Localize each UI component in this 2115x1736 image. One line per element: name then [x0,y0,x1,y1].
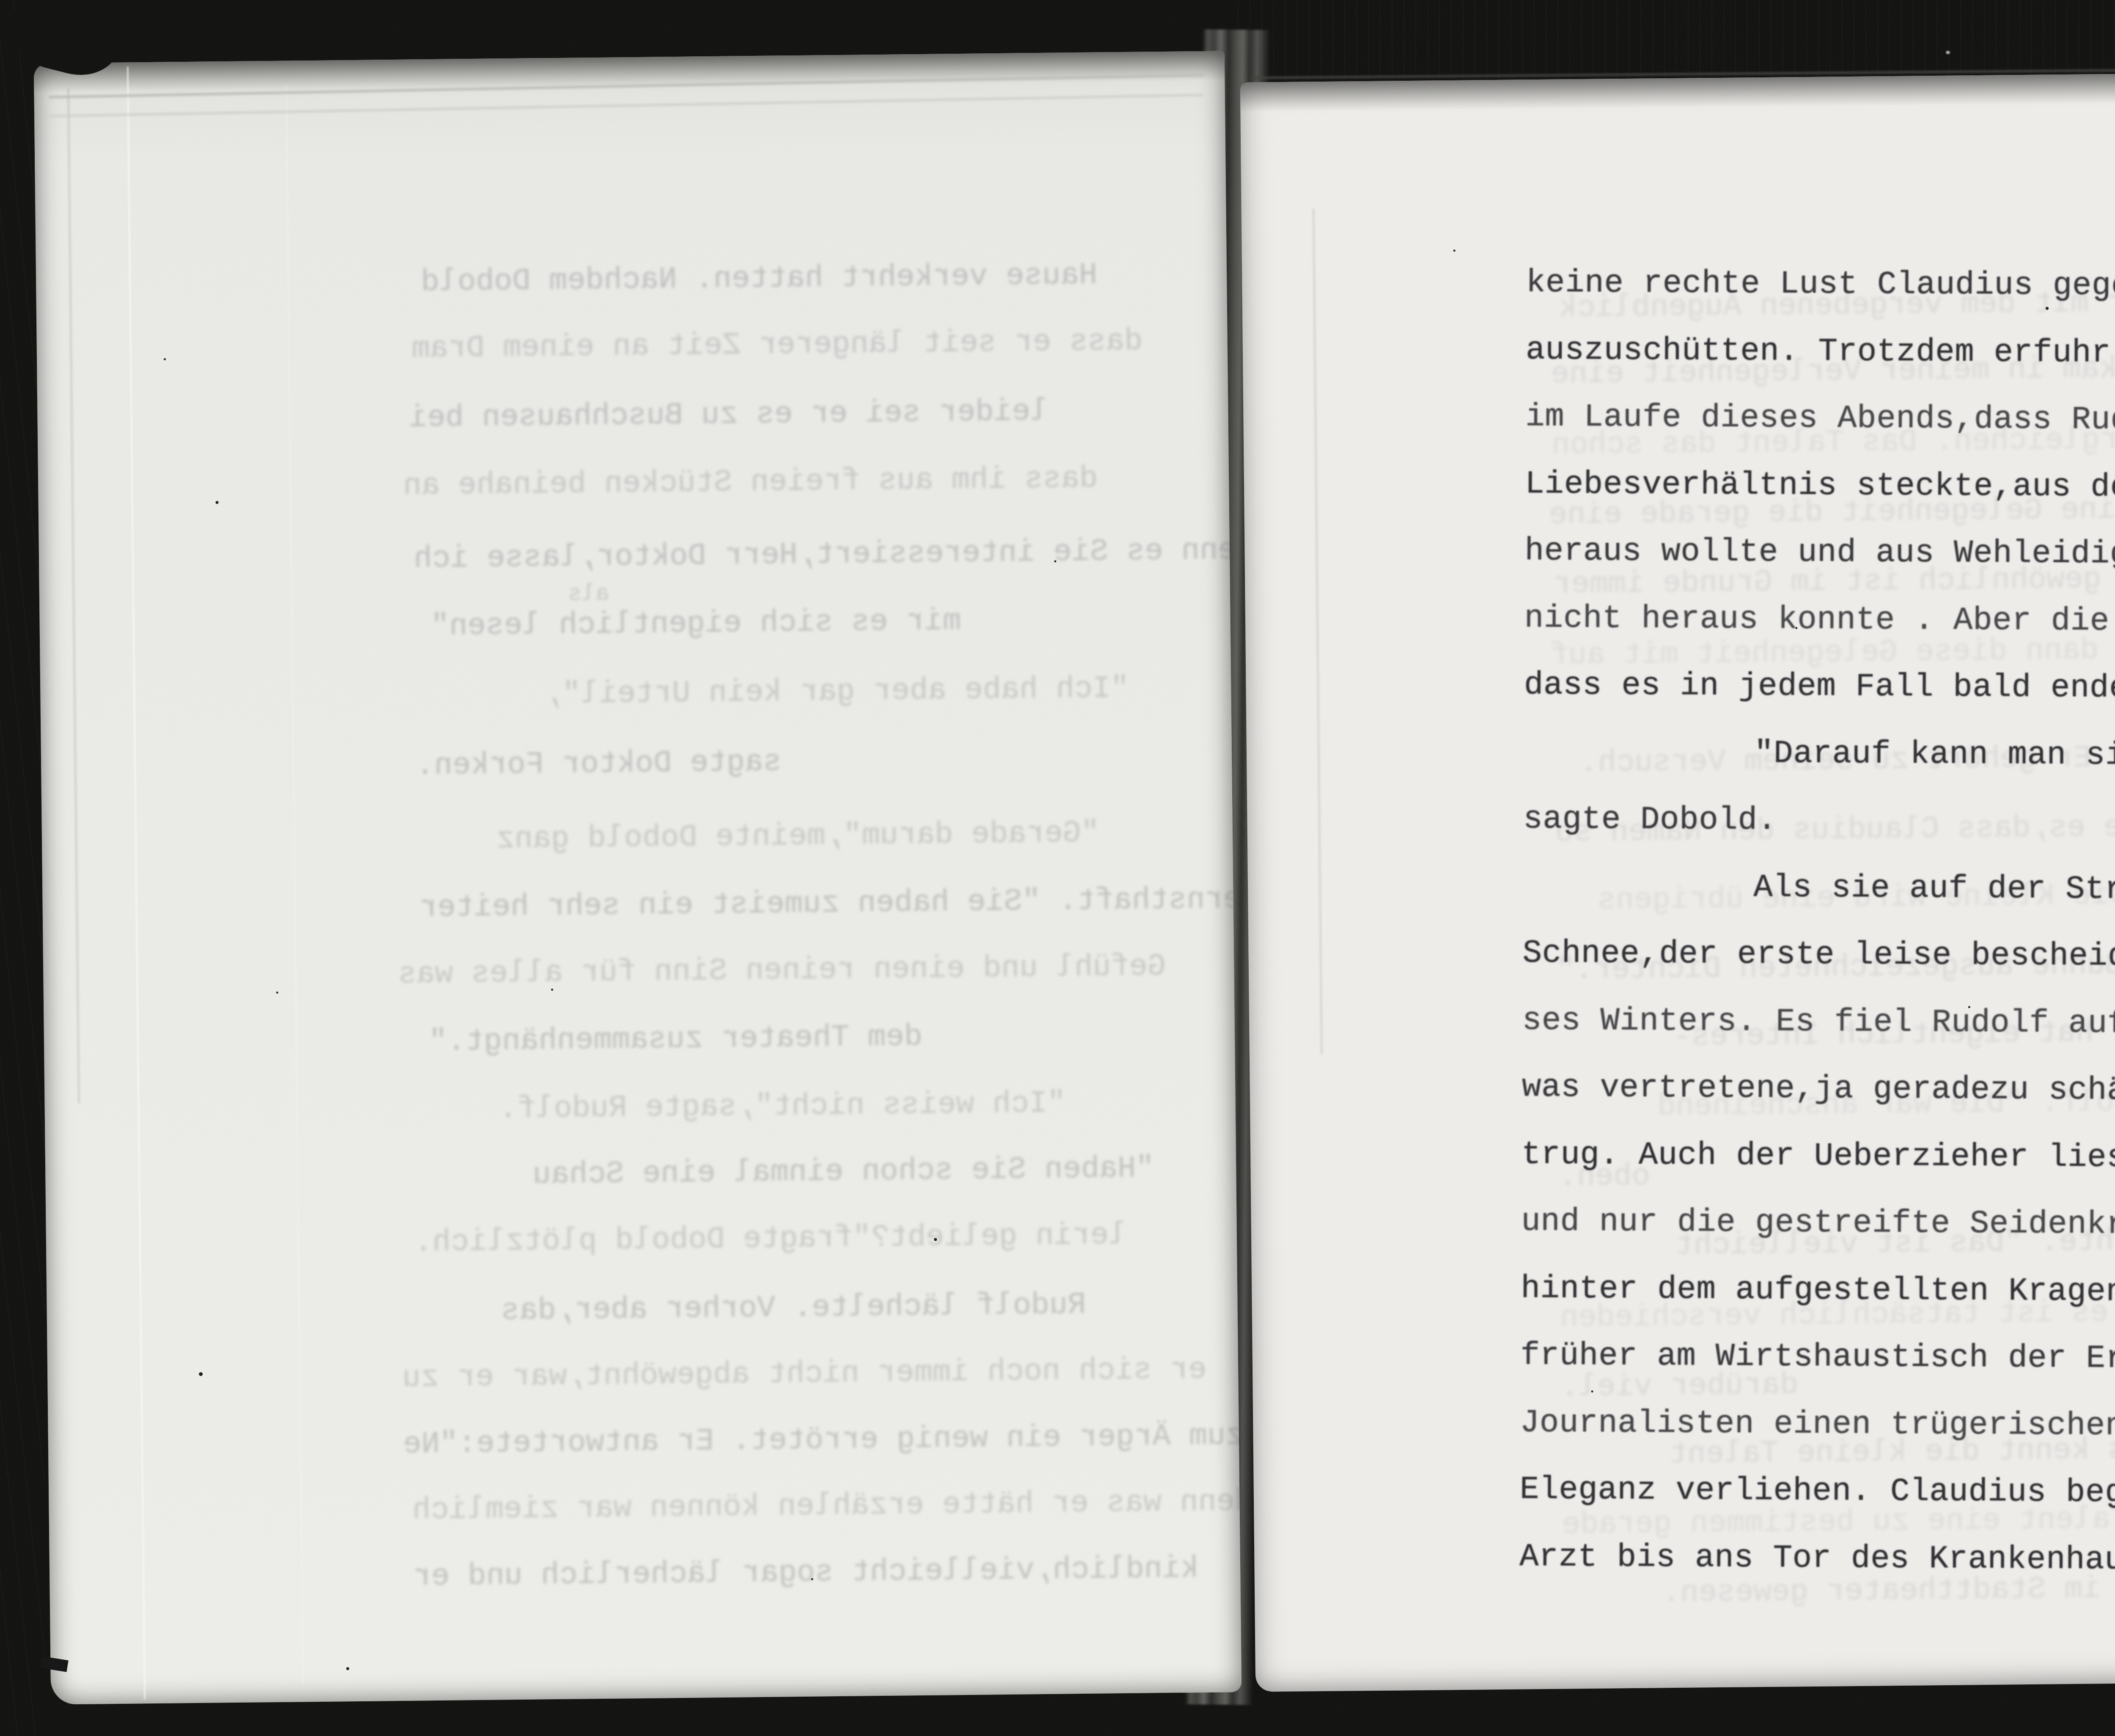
typed-line: Arzt bis ans Tor des Krankenhauses. Jetz… [1519,1541,2115,1577]
typed-line: Schnee,der erste leise bescheidene Schne… [1522,937,2115,974]
typed-lines: keine rechte Lust Claudius gegenüber sei… [1519,266,2115,1625]
scan-photo: Hause verkehrt hatten. Nachdem Dobolddas… [0,0,2115,1736]
bleedthrough-line: Rudolf lächelte. Vorher aber,das [501,1290,1086,1326]
border-scratches-top [1227,0,2115,78]
typed-line: Eleganz verliehen. Claudius begleitete d… [1520,1473,2115,1511]
typed-line: Journalisten einen trügerischen Schimmer… [1520,1406,2115,1443]
bleedthrough-line: dass er seit längerer Zeit an einem Dram [411,326,1143,364]
typed-line: sagte Dobold. [1523,803,1777,836]
bleedthrough-line: leider sei er es zu Buschhausen bei [409,396,1049,434]
dust-specks [1453,250,1456,252]
typed-line: hinter dem aufgestellten Kragen verschwa… [1521,1272,2115,1310]
bleedthrough-line: kindlich,vielleicht sogar lächerlich und… [413,1553,1199,1592]
bleedthrough-line: "Gerade darum",meinte Dobold ganz [496,818,1100,855]
bleedthrough-line: dem Theater zusammenhängt." [429,1022,923,1057]
bleedthrough-line: als [568,583,610,606]
bleedthrough-line: lerin geliebt?"fragte Dobold plötzlich. [414,1220,1127,1258]
bleedthrough-line: zum Ärger ein wenig errötet. Er antworte… [403,1420,1242,1460]
bleedthrough-line: "Ich weiss nicht",sagte Rudolf. [499,1088,1066,1124]
bleedthrough-line: dass ihm aus freien Stücken beinahe an [403,464,1098,501]
bleedthrough-line: "Wenn es Sie interessiert,Herr Doktor,la… [414,535,1242,574]
bleedthrough-line: sagte Doktor Forken. [416,747,782,781]
typed-line: dass es in jedem Fall bald enden musste. [1524,669,2115,705]
typed-line: früher am Wirtshaustisch der Erscheinung… [1520,1339,2115,1376]
typed-line: "Darauf kann man sich nie verlassen", [1754,737,2115,773]
typed-line: auszuschütten. Trotzdem erfuhr Claudius … [1526,334,2115,371]
dust-speck [1946,51,1950,54]
typed-line: was vertretene,ja geradezu schäbige Lack… [1522,1071,2115,1108]
bleedthrough-line: mir es sich eigentlich lesen" [431,606,961,642]
typed-line: trug. Auch der Ueberzieher liess zu wüns… [1522,1138,2115,1176]
typed-line: keine rechte Lust Claudius gegenüber sei… [1526,266,2115,303]
bleedthrough-line: "Haben Sie schon einmal eine Schau [533,1153,1154,1190]
gray-streak [67,88,80,1104]
dust-specks [164,358,166,360]
typed-line: im Laufe dieses Abends,dass Rudolf in ei… [1525,401,2115,437]
crease-line [127,66,146,1699]
typed-line: heraus wollte und aus Wehleidigkeit vorl… [1524,535,2115,571]
bleedthrough-line: ernsthaft. "Sie haben zumeist ein sehr h… [419,884,1242,923]
typed-line: Als sie auf der Strasse standen fiel [1753,871,2115,907]
gray-streak [1313,209,1323,1055]
crease-line [286,86,304,1685]
bleedthrough-line: denn was er hätte erzählen können war zi… [412,1486,1242,1526]
typed-line: ses Winters. Es fiel Rudolf auf,dass Cla… [1522,1004,2115,1041]
bleedthrough-line: "Ich habe aber gar kein Urteil", [544,673,1129,710]
bleedthrough-line: er sich noch immer nicht abgewöhnt,war e… [402,1354,1207,1393]
typed-line: und nur die gestreifte Seidenkravatte,di… [1521,1205,2115,1242]
bleedthrough-line: Hause verkehrt hatten. Nachdem Dobold [421,260,1097,298]
typed-line: Liebesverhältnis steckte,aus dem er gern… [1525,468,2115,505]
typed-line: nicht heraus konnte . Aber die Dinge lag… [1524,602,2115,639]
left-page: Hause verkehrt hatten. Nachdem Dobolddas… [34,51,1242,1704]
right-page: 45 stets da dass er mit dem vergebenen A… [1240,70,2115,1692]
bleedthrough-line: Gefühl und einen reinen Sinn für alles w… [398,951,1166,990]
